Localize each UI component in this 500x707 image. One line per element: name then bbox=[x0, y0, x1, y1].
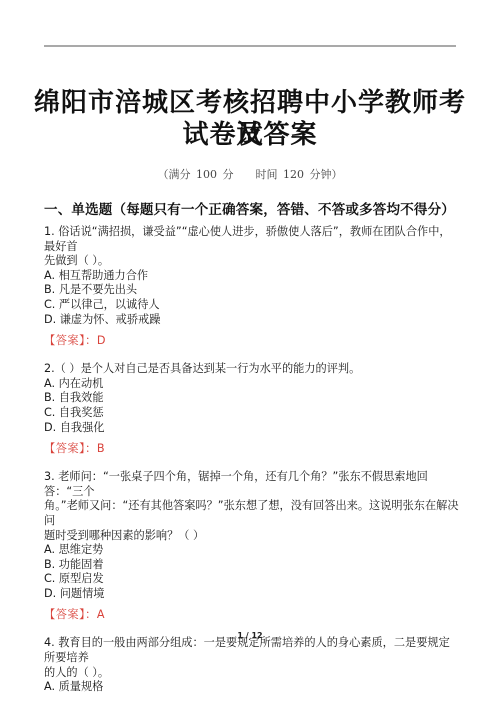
question-stem: 4. 教育目的一般由两部分组成：一是要规定所需培养的人的身心素质，二是要规定所要… bbox=[44, 636, 459, 665]
question-list: 1. 俗话说“满招损，谦受益”“虚心使人进步，骄傲使人落后”，教师在团队合作中，… bbox=[44, 225, 459, 695]
option-b: B. 凡是不要先出头 bbox=[44, 283, 459, 298]
section-heading: 一、单选题（每题只有一个正确答案，答错、不答或多答均不得分） bbox=[44, 198, 464, 218]
question-stem: 3. 老师问：“一张桌子四个角，锯掉一个角，还有几个角？”张东不假思索地回答：“… bbox=[44, 470, 459, 499]
option-d: D. 谦虚为怀、戒骄戒躁 bbox=[44, 313, 459, 328]
exam-duration: 时间 120 分钟） bbox=[256, 168, 343, 181]
question-1: 1. 俗话说“满招损，谦受益”“虚心使人进步，骄傲使人落后”，教师在团队合作中，… bbox=[44, 225, 459, 348]
answer-label: 【答案】： bbox=[44, 442, 97, 455]
option-c: C. 自我奖惩 bbox=[44, 406, 459, 421]
option-d: D. 问题情境 bbox=[44, 587, 459, 602]
page-number: 1 / 12 bbox=[0, 631, 500, 640]
question-4: 4. 教育目的一般由两部分组成：一是要规定所需培养的人的身心素质，二是要规定所要… bbox=[44, 636, 459, 694]
answer-label: 【答案】： bbox=[44, 608, 97, 621]
option-b: B. 功能固着 bbox=[44, 558, 459, 573]
answer-line: 【答案】：A bbox=[44, 608, 459, 622]
option-c: C. 严以律己，以诚待人 bbox=[44, 298, 459, 313]
header-rule bbox=[44, 45, 456, 47]
option-a: A. 内在动机 bbox=[44, 377, 459, 392]
answer-label: 【答案】： bbox=[44, 334, 97, 347]
option-d: D. 自我强化 bbox=[44, 421, 459, 436]
document-page: 绵阳市涪城区考核招聘中小学教师考试 试卷及答案 （满分 100 分时间 120 … bbox=[0, 0, 500, 707]
question-stem: 先做到（ ）。 bbox=[44, 254, 459, 269]
question-2: 2.（ ）是个人对自己是否具备达到某一行为水平的能力的评判。 A. 内在动机 B… bbox=[44, 362, 459, 456]
question-stem: 1. 俗话说“满招损，谦受益”“虚心使人进步，骄傲使人落后”，教师在团队合作中，… bbox=[44, 225, 459, 254]
answer-value: A bbox=[97, 608, 105, 621]
option-a: A. 相互帮助通力合作 bbox=[44, 269, 459, 284]
question-stem: 题时受到哪种因素的影响？（ ） bbox=[44, 529, 459, 544]
question-stem: 角。”老师又问：“还有其他答案吗？”张东想了想，没有回答出来。这说明张东在解决问 bbox=[44, 499, 459, 528]
answer-value: B bbox=[97, 442, 105, 455]
question-stem: 2.（ ）是个人对自己是否具备达到某一行为水平的能力的评判。 bbox=[44, 362, 459, 377]
answer-value: D bbox=[97, 334, 106, 347]
answer-line: 【答案】：B bbox=[44, 442, 459, 456]
option-a: A. 思维定势 bbox=[44, 543, 459, 558]
question-3: 3. 老师问：“一张桌子四个角，锯掉一个角，还有几个角？”张东不假思索地回答：“… bbox=[44, 470, 459, 622]
question-stem: 的人的（ ）。 bbox=[44, 666, 459, 681]
exam-info: （满分 100 分时间 120 分钟） bbox=[0, 166, 500, 182]
answer-line: 【答案】：D bbox=[44, 334, 459, 348]
option-c: C. 原型启发 bbox=[44, 572, 459, 587]
document-title-line2: 试卷及答案 bbox=[30, 119, 470, 151]
option-b: B. 自我效能 bbox=[44, 391, 459, 406]
full-score: （满分 100 分 bbox=[158, 168, 234, 181]
option-a: A. 质量规格 bbox=[44, 680, 459, 695]
